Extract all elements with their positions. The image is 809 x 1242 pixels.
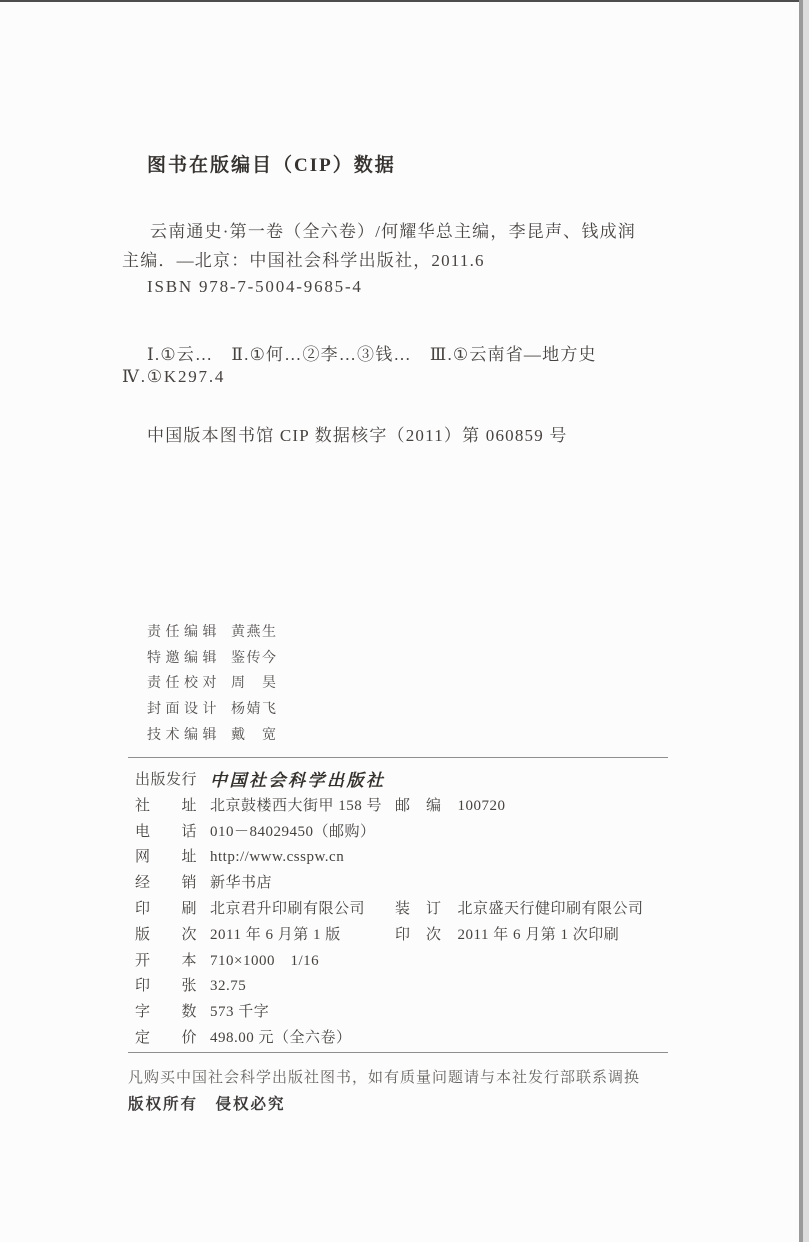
pub-row-price: 定 价498.00 元（全六卷）	[135, 1026, 755, 1052]
quality-notice: 凡购买中国社会科学出版社图书，如有质量问题请与本社发行部联系调换	[128, 1066, 640, 1087]
pub-label: 印 张	[135, 974, 210, 1000]
divider-rule-top	[128, 757, 668, 758]
pub-row-publisher: 出版发行中国社会科学出版社	[135, 768, 755, 794]
staff-name: 戴 宽	[231, 728, 278, 743]
page-top-edge	[0, 0, 801, 2]
pub-value: 498.00 元（全六卷）	[210, 1026, 395, 1052]
pub-label: 印 刷	[135, 897, 210, 923]
pub-value2: 2011 年 6 月第 1 次印刷	[458, 923, 620, 949]
pub-row-address: 社 址北京鼓楼西大街甲 158 号邮 编100720	[135, 794, 755, 820]
cip-classification-line2: Ⅳ.①K297.4	[122, 367, 225, 387]
staff-role: 责任校对	[147, 671, 231, 697]
pub-row-printer: 印 刷北京君升印刷有限公司装 订北京盛天行健印刷有限公司	[135, 897, 755, 923]
pub-label: 出版发行	[135, 768, 210, 794]
pub-label: 版 次	[135, 923, 210, 949]
cip-classification-line1: Ⅰ.①云… Ⅱ.①何…②李…③钱… Ⅲ.①云南省—地方史	[147, 340, 597, 365]
pub-row-distributor: 经 销新华书店	[135, 871, 755, 897]
pub-value: 710×1000 1/16	[210, 949, 395, 975]
pub-value: 2011 年 6 月第 1 版	[210, 923, 395, 949]
pub-label: 电 话	[135, 820, 210, 846]
pub-value: 32.75	[210, 974, 395, 1000]
pub-value: 北京君升印刷有限公司	[210, 897, 395, 923]
pub-row-sheets: 印 张32.75	[135, 974, 755, 1000]
staff-name: 鉴传今	[231, 651, 278, 666]
pub-label: 经 销	[135, 871, 210, 897]
copyright-notice: 版权所有 侵权必究	[128, 1092, 286, 1114]
pub-label: 定 价	[135, 1026, 210, 1052]
pub-row-wordcount: 字 数573 千字	[135, 1000, 755, 1026]
page-right-edge-shadow	[803, 0, 809, 1242]
pub-label: 社 址	[135, 794, 210, 820]
pub-label: 开 本	[135, 949, 210, 975]
staff-role: 技术编辑	[147, 723, 231, 749]
cip-record-number: 中国版本图书馆 CIP 数据核字（2011）第 060859 号	[147, 421, 568, 446]
pub-row-format: 开 本710×1000 1/16	[135, 949, 755, 975]
staff-role: 特邀编辑	[147, 646, 231, 672]
pub-label: 字 数	[135, 1000, 210, 1026]
staff-role: 责任编辑	[147, 620, 231, 646]
pub-label2: 装 订	[395, 897, 442, 923]
staff-role: 封面设计	[147, 697, 231, 723]
pub-row-edition: 版 次2011 年 6 月第 1 版印 次2011 年 6 月第 1 次印刷	[135, 923, 755, 949]
pub-value2: 100720	[458, 794, 506, 820]
pub-value: http://www.csspw.cn	[210, 845, 395, 871]
cip-entry-line1: 云南通史·第一卷（全六卷）/何耀华总主编，李昆声、钱成润	[150, 217, 636, 242]
isbn-number: ISBN 978-7-5004-9685-4	[147, 277, 363, 297]
divider-rule-bottom	[128, 1052, 668, 1053]
pub-row-website: 网 址http://www.csspw.cn	[135, 845, 755, 871]
pub-label: 网 址	[135, 845, 210, 871]
book-copyright-page: 图书在版编目（CIP）数据 云南通史·第一卷（全六卷）/何耀华总主编，李昆声、钱…	[0, 0, 809, 1242]
staff-row-proofreader: 责任校对周 昊	[147, 671, 278, 697]
staff-row-invited-editor: 特邀编辑鉴传今	[147, 646, 278, 672]
staff-name: 周 昊	[231, 676, 278, 691]
staff-row-chief-editor: 责任编辑黄燕生	[147, 620, 278, 646]
staff-name: 黄燕生	[231, 625, 278, 640]
pub-value: 573 千字	[210, 1000, 395, 1026]
editorial-staff-list: 责任编辑黄燕生 特邀编辑鉴传今 责任校对周 昊 封面设计杨婧飞 技术编辑戴 宽	[147, 620, 278, 748]
pub-value: 新华书店	[210, 871, 395, 897]
publication-info-table: 出版发行中国社会科学出版社 社 址北京鼓楼西大街甲 158 号邮 编100720…	[135, 768, 755, 1052]
staff-row-cover-designer: 封面设计杨婧飞	[147, 697, 278, 723]
cip-entry-line2: 主编．—北京：中国社会科学出版社，2011.6	[122, 246, 485, 271]
pub-row-phone: 电 话010－84029450（邮购）	[135, 820, 755, 846]
staff-name: 杨婧飞	[231, 702, 278, 717]
pub-value2: 北京盛天行健印刷有限公司	[458, 897, 644, 923]
pub-value: 010－84029450（邮购）	[210, 820, 395, 846]
cip-header: 图书在版编目（CIP）数据	[147, 150, 396, 177]
pub-label2: 邮 编	[395, 794, 442, 820]
staff-row-technical-editor: 技术编辑戴 宽	[147, 723, 278, 749]
pub-label2: 印 次	[395, 923, 442, 949]
publisher-logotype: 中国社会科学出版社	[210, 768, 386, 794]
pub-value: 北京鼓楼西大街甲 158 号	[210, 794, 395, 820]
